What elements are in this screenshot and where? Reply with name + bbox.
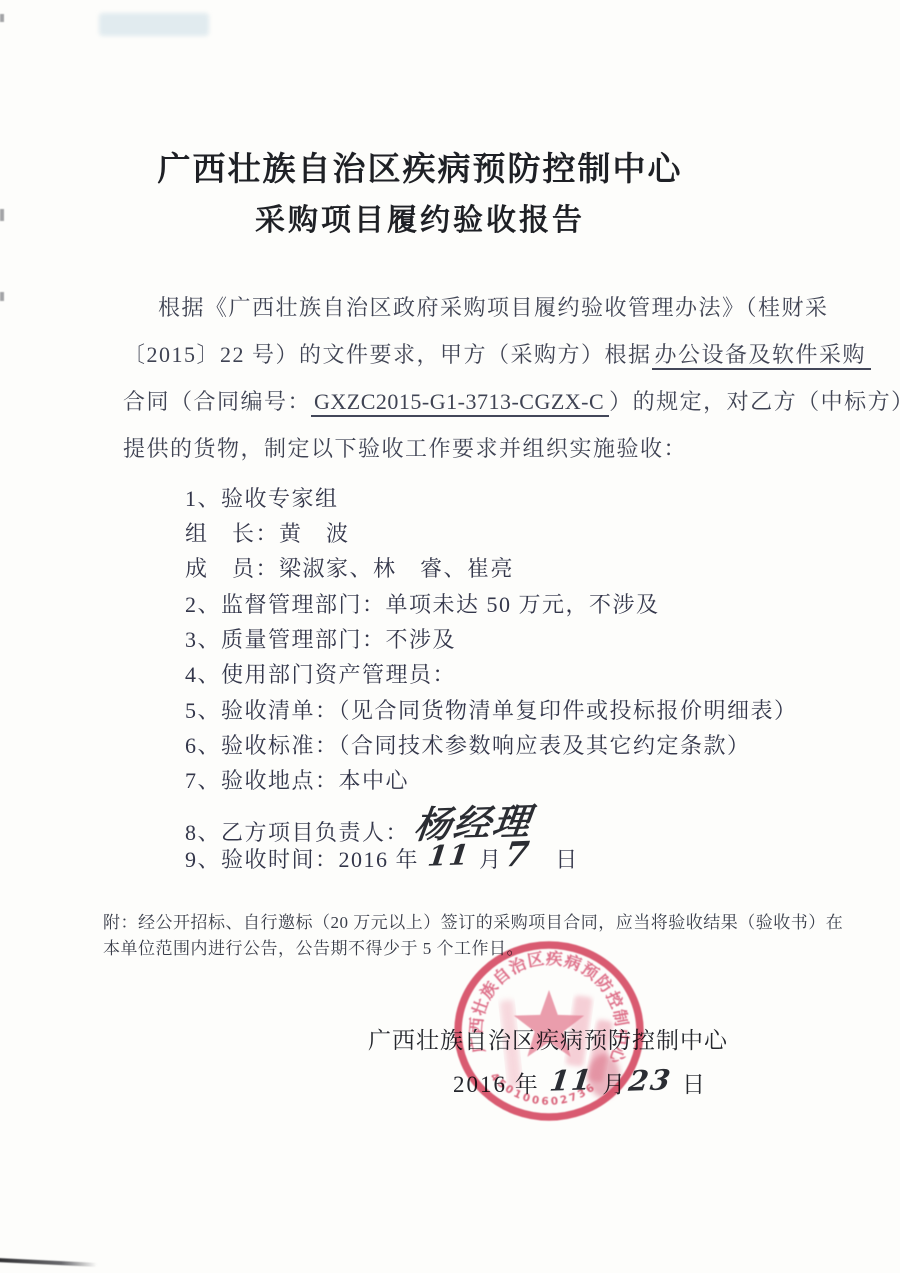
signature-organization: 广西壮族自治区疾病预防控制中心 bbox=[368, 1022, 728, 1055]
body-line-2-text: 〔2015〕22 号）的文件要求，甲方（采购方）根据 bbox=[123, 342, 652, 367]
list-item-9: 9、验收时间：2016 年 11 月7 日 bbox=[185, 836, 579, 876]
scan-edge-mark bbox=[0, 14, 4, 22]
scan-edge-mark bbox=[0, 292, 4, 301]
list-item-5: 5、验收清单：（见合同货物清单复印件或投标报价明细表） bbox=[185, 694, 798, 725]
body-line-3-text: 合同（合同编号： bbox=[123, 389, 311, 414]
sig-day-char: 日 bbox=[682, 1072, 707, 1097]
document-page: 广西壮族自治区疾病预防控制中心 采购项目履约验收报告 根据《广西壮族自治区政府采… bbox=[0, 0, 900, 1273]
footer-note-line2: 本单位范围内进行公告，公告期不得少于 5 个工作日。 bbox=[103, 934, 823, 959]
contract-number-underlined: GXZC2015-G1-3713-CGZX-C bbox=[311, 389, 609, 417]
day-char: 日 bbox=[555, 847, 579, 872]
list-item-3: 3、质量管理部门：不涉及 bbox=[185, 623, 456, 654]
body-line-4: 提供的货物，制定以下验收工作要求并组织实施验收： bbox=[123, 432, 823, 463]
sig-handwritten-day: 23 bbox=[627, 1063, 674, 1097]
scan-smudge bbox=[99, 13, 209, 36]
list-item-7: 7、验收地点：本中心 bbox=[185, 764, 409, 795]
handwritten-day: 7 bbox=[502, 835, 532, 876]
month-char: 月 bbox=[479, 847, 503, 872]
list-item-6: 6、验收标准：（合同技术参数响应表及其它约定条款） bbox=[185, 729, 751, 760]
sig-year: 2016 bbox=[453, 1072, 507, 1097]
body-line-2: 〔2015〕22 号）的文件要求，甲方（采购方）根据办公设备及软件采购 bbox=[123, 338, 823, 369]
list-item-2: 2、监督管理部门：单项未达 50 万元，不涉及 bbox=[185, 588, 660, 619]
document-title-line1: 广西壮族自治区疾病预防控制中心 bbox=[0, 143, 840, 190]
sig-handwritten-month: 11 bbox=[547, 1063, 594, 1097]
list-item-leader: 组 长：黄 波 bbox=[185, 517, 350, 548]
handwritten-month: 11 bbox=[426, 838, 472, 872]
acceptance-year: 2016 bbox=[339, 847, 389, 872]
list-item-1: 1、验收专家组 bbox=[185, 482, 339, 513]
body-line-1: 根据《广西壮族自治区政府采购项目履约验收管理办法》（桂财采 bbox=[123, 291, 858, 322]
year-char: 年 bbox=[396, 847, 420, 872]
scan-corner-streak bbox=[0, 1258, 97, 1267]
sig-month-char: 月 bbox=[602, 1072, 627, 1097]
contract-name-underlined: 办公设备及软件采购 bbox=[652, 342, 872, 370]
footer-note-line1: 附：经公开招标、自行邀标（20 万元以上）签订的采购项目合同，应当将验收结果（验… bbox=[103, 908, 823, 933]
body-line-3: 合同（合同编号：GXZC2015-G1-3713-CGZX-C）的规定，对乙方（… bbox=[123, 385, 823, 416]
list-item-9-label: 9、验收时间： bbox=[185, 847, 339, 872]
list-item-members: 成 员：梁淑家、林 睿、崔亮 bbox=[185, 552, 514, 583]
document-title-line2: 采购项目履约验收报告 bbox=[0, 195, 840, 239]
list-item-4: 4、使用部门资产管理员： bbox=[185, 658, 456, 689]
signature-date: 2016 年 11 月23 日 bbox=[453, 1066, 707, 1099]
body-line-3-tail: ）的规定，对乙方（中标方） bbox=[609, 389, 900, 414]
sig-year-char: 年 bbox=[515, 1072, 540, 1097]
